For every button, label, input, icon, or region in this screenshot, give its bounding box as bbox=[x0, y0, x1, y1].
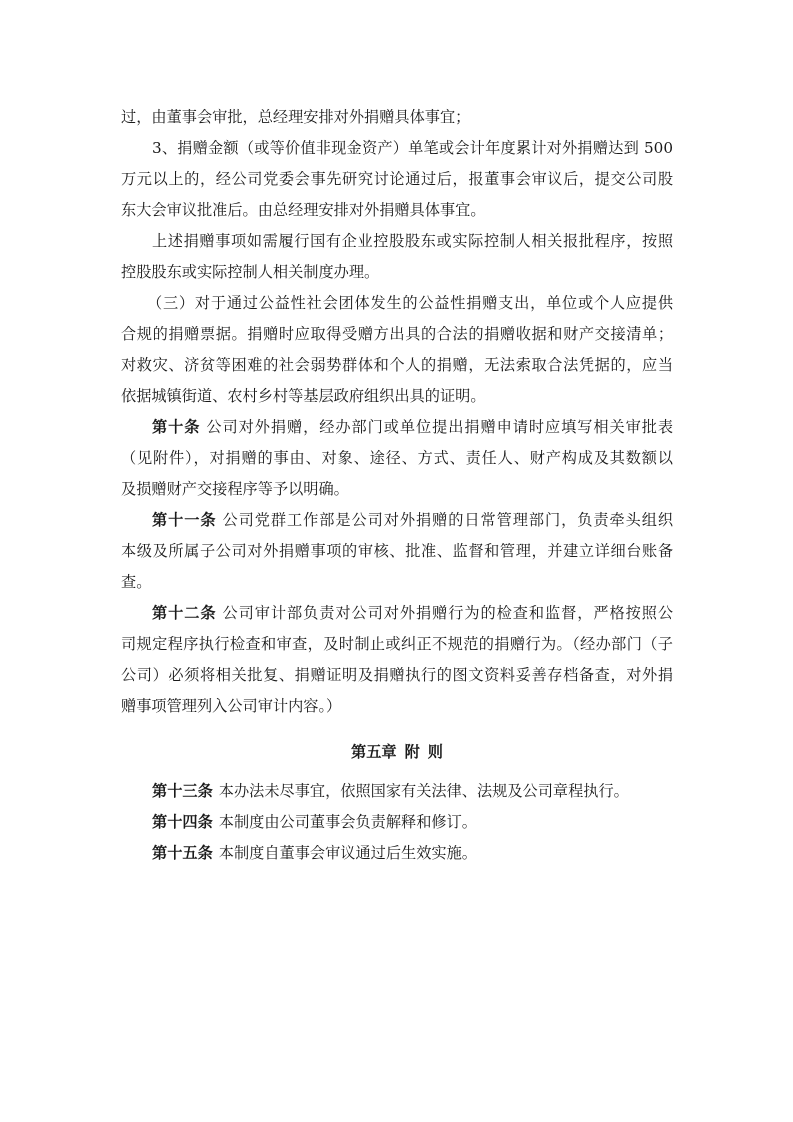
article-12-first-line: 第十二条公司审计部负责对公司对外捐赠行为的检查和监督，严格按照公 bbox=[121, 598, 673, 629]
article-11-first-line: 第十一条公司党群工作部是公司对外捐赠的日常管理部门，负责牵头组织 bbox=[121, 505, 673, 536]
chapter-heading: 第五章附则 bbox=[121, 732, 673, 772]
article-title: 第十二条 bbox=[152, 604, 217, 622]
text-line: 对救灾、济贫等困难的社会弱势群体和个人的捐赠，无法索取合法凭据的，应当 bbox=[121, 350, 673, 381]
text-line: 司规定程序执行检查和审查，及时制止或纠正不规范的捐赠行为。（经办部门（子 bbox=[121, 629, 673, 660]
article-title: 第十一条 bbox=[152, 511, 217, 529]
article-title: 第十四条 bbox=[152, 813, 213, 831]
chapter-number: 第五章 bbox=[351, 743, 397, 761]
article-text: 公司对外捐赠，经办部门或单位提出捐赠申请时应填写相关审批表 bbox=[206, 418, 673, 436]
chapter-title-char: 附 bbox=[405, 743, 420, 761]
text-line: 过，由董事会审批，总经理安排对外捐赠具体事宜； bbox=[121, 102, 673, 133]
text-line: 本级及所属子公司对外捐赠事项的审核、批准、监督和管理，并建立详细台账备 bbox=[121, 536, 673, 567]
article-title: 第十五条 bbox=[152, 844, 213, 862]
text-line: 上述捐赠事项如需履行国有企业控股股东或实际控制人相关报批程序，按照 bbox=[121, 226, 673, 257]
text-line: 东大会审议批准后。由总经理安排对外捐赠具体事宜。 bbox=[121, 195, 673, 226]
article-text: 本制度由公司董事会负责解释和修订。 bbox=[219, 813, 477, 831]
text-line: 赠事项管理列入公司审计内容。） bbox=[121, 691, 673, 722]
text-line: 查。 bbox=[121, 567, 673, 598]
text-line: 3、捐赠金额（或等价值非现金资产）单笔或会计年度累计对外捐赠达到 500 bbox=[121, 133, 673, 164]
article-15-line: 第十五条本制度自董事会审议通过后生效实施。 bbox=[121, 838, 673, 869]
chapter-title-char: 则 bbox=[428, 743, 443, 761]
article-text: 公司党群工作部是公司对外捐赠的日常管理部门，负责牵头组织 bbox=[223, 511, 674, 529]
text-line: 合规的捐赠票据。捐赠时应取得受赠方出具的合法的捐赠收据和财产交接清单； bbox=[121, 319, 673, 350]
article-title: 第十条 bbox=[152, 418, 200, 436]
article-title: 第十三条 bbox=[152, 782, 213, 800]
text-line: （三）对于通过公益性社会团体发生的公益性捐赠支出，单位或个人应提供 bbox=[121, 288, 673, 319]
article-text: 公司审计部负责对公司对外捐赠行为的检查和监督，严格按照公 bbox=[223, 604, 674, 622]
document-page: 过，由董事会审批，总经理安排对外捐赠具体事宜； 3、捐赠金额（或等价值非现金资产… bbox=[121, 102, 673, 869]
text-line: 控股股东或实际控制人相关制度办理。 bbox=[121, 257, 673, 288]
text-line: 依据城镇街道、农村乡村等基层政府组织出具的证明。 bbox=[121, 381, 673, 412]
article-text: 本制度自董事会审议通过后生效实施。 bbox=[219, 844, 477, 862]
text-line: 及损赠财产交接程序等予以明确。 bbox=[121, 474, 673, 505]
text-line: 万元以上的，经公司党委会事先研究讨论通过后，报董事会审议后，提交公司股 bbox=[121, 164, 673, 195]
article-14-line: 第十四条本制度由公司董事会负责解释和修订。 bbox=[121, 807, 673, 838]
article-text: 本办法未尽事宜，依照国家有关法律、法规及公司章程执行。 bbox=[219, 782, 629, 800]
article-13-line: 第十三条本办法未尽事宜，依照国家有关法律、法规及公司章程执行。 bbox=[121, 776, 673, 807]
article-10-first-line: 第十条公司对外捐赠，经办部门或单位提出捐赠申请时应填写相关审批表 bbox=[121, 412, 673, 443]
text-line: 公司）必须将相关批复、捐赠证明及捐赠执行的图文资料妥善存档备查，对外捐 bbox=[121, 660, 673, 691]
text-line: （见附件），对捐赠的事由、对象、途径、方式、责任人、财产构成及其数额以 bbox=[121, 443, 673, 474]
